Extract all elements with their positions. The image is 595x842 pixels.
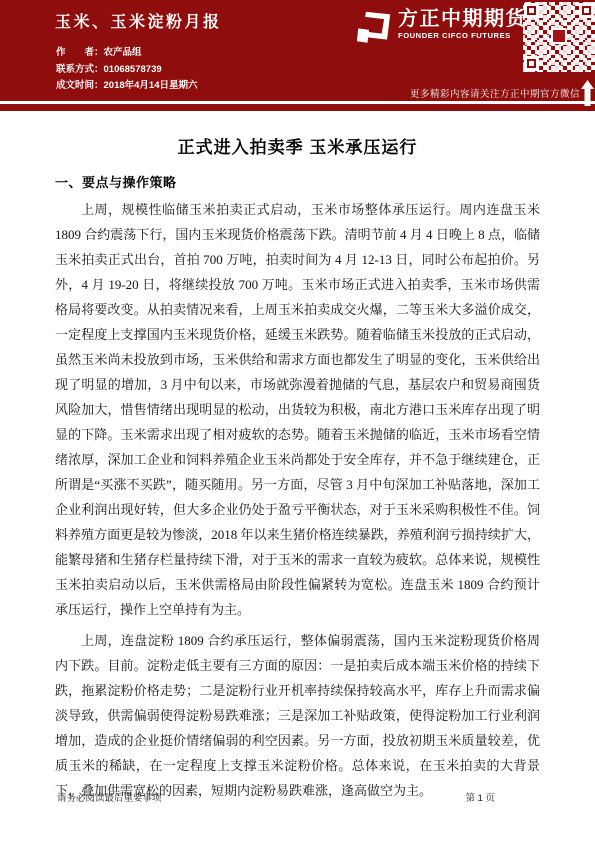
qr-finder-icon bbox=[579, 3, 594, 18]
meta-contact-value: 01068578739 bbox=[104, 64, 162, 75]
meta-date-label: 成文时间： bbox=[56, 80, 104, 91]
report-title: 玉米、玉米淀粉月报 bbox=[55, 9, 222, 32]
header-red-rule bbox=[0, 104, 595, 111]
company-logo: 方正中期期货 FOUNDER CIFCO FUTURES bbox=[356, 7, 527, 45]
report-meta: 作 者：农产品组 联系方式：01068578739 成文时间：2018年4月14… bbox=[56, 45, 198, 95]
qr-finder-icon bbox=[524, 56, 539, 71]
meta-date-value: 2018年4月14日星期六 bbox=[104, 80, 198, 91]
qr-finder-icon bbox=[524, 3, 539, 18]
paragraph-starch: 上周，连盘淀粉 1809 合约承压运行，整体偏弱震荡，国内玉米淀粉现货价格周内下… bbox=[55, 628, 540, 803]
meta-author-label: 作 者： bbox=[56, 47, 104, 58]
meta-author-value: 农产品组 bbox=[104, 47, 142, 58]
article-body: 正式进入拍卖季 玉米承压运行 一、要点与操作策略 上周，规模性临储玉米拍卖正式启… bbox=[55, 111, 540, 803]
company-name-cn: 方正中期期货 bbox=[398, 7, 527, 31]
article-title: 正式进入拍卖季 玉米承压运行 bbox=[55, 133, 540, 158]
meta-contact-label: 联系方式： bbox=[56, 64, 104, 75]
paragraph-corn: 上周，规模性临储玉米拍卖正式启动，玉米市场整体承压运行。周内连盘玉米 1809 … bbox=[55, 197, 540, 622]
meta-date: 成文时间：2018年4月14日星期六 bbox=[56, 78, 198, 95]
section-heading: 一、要点与操作策略 bbox=[55, 172, 540, 191]
wechat-qr-code bbox=[523, 2, 595, 72]
footer-page-number: 第 1 页 bbox=[465, 790, 495, 804]
meta-author: 作 者：农产品组 bbox=[56, 45, 198, 62]
report-page: 玉米、玉米淀粉月报 作 者：农产品组 联系方式：01068578739 成文时间… bbox=[0, 0, 595, 842]
company-name-en: FOUNDER CIFCO FUTURES bbox=[398, 31, 527, 41]
company-name: 方正中期期货 FOUNDER CIFCO FUTURES bbox=[398, 7, 527, 41]
meta-contact: 联系方式：01068578739 bbox=[56, 62, 198, 79]
report-header: 玉米、玉米淀粉月报 作 者：农产品组 联系方式：01068578739 成文时间… bbox=[0, 0, 595, 101]
wechat-follow-note: 更多精彩内容请关注方正中期官方微信 bbox=[410, 86, 580, 100]
qr-center-logo-icon bbox=[551, 28, 567, 44]
footer-disclaimer: 请务必阅读最后重要事项 bbox=[57, 790, 162, 804]
founder-cube-icon bbox=[356, 9, 392, 45]
up-arrow-icon bbox=[581, 80, 594, 106]
